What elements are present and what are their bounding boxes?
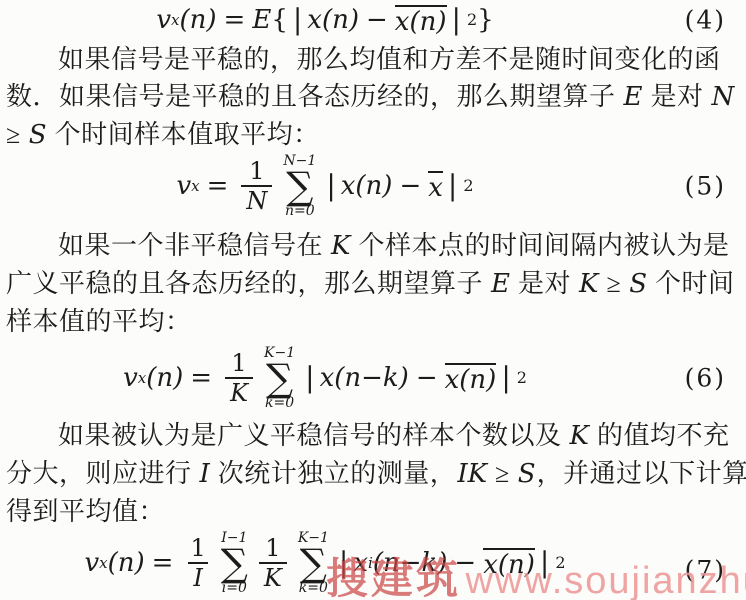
math-symbol-inline: E (490, 269, 511, 299)
summation: N−1∑n=0 (283, 154, 316, 218)
summation-inner: K−1∑k=0 (298, 531, 329, 595)
minus-sign: − (399, 171, 421, 201)
equation-number: (7) (685, 555, 726, 584)
math-symbol-inline: N (711, 82, 736, 112)
math-symbol-inline: K (330, 231, 351, 261)
text-fragment: ≥ (599, 269, 628, 298)
text-fragment: 个样本点的时间间隔内被认为是 (351, 231, 729, 260)
close-brace: } (477, 5, 494, 35)
numerator: 1 (261, 535, 284, 561)
fraction-1-over-K: 1K (259, 535, 287, 591)
text-fragment: 次统计独立的测量， (211, 459, 457, 488)
equation-number: (4) (685, 6, 726, 35)
text-fragment: 如果信号是平稳的，那么均值和方差不是随时间变化的函 (58, 45, 721, 74)
text-line: 如果一个非平稳信号在 K 个样本点的时间间隔内被认为是 (6, 227, 744, 265)
abs-bar-left: | (293, 3, 302, 36)
abs-bar-right: | (540, 546, 549, 579)
equation-5-body: vx=1NN−1∑n=0|x(n)−x|2 (176, 154, 473, 218)
text-fragment: 个时间 (648, 269, 735, 298)
sum-lower-limit: k=0 (299, 581, 328, 595)
denominator: K (225, 377, 253, 406)
text-fragment: 如果一个非平稳信号在 (58, 231, 330, 260)
text-fragment: 数．如果信号是平稳的且各态历经的，那么期望算子 (6, 82, 623, 111)
text-line: 分大，则应进行 I 次统计独立的测量，IK ≥ S，并通过以下计算 (6, 455, 744, 493)
text-line: 如果被认为是广义平稳信号的样本个数以及 K 的值均不充 (6, 417, 744, 455)
open-brace: { (271, 5, 288, 35)
sum-lower-limit: i=0 (222, 581, 247, 595)
summation: K−1∑k=0 (264, 346, 295, 410)
math-symbol-inline: I (199, 459, 211, 489)
minus-sign: − (366, 5, 388, 35)
text-line: 样本值的平均： (6, 303, 744, 340)
mean-term-overline: x (428, 171, 443, 201)
argument-n: (n) (108, 548, 145, 578)
math-symbol-inline: E (623, 82, 644, 112)
numerator: 1 (186, 535, 209, 561)
equals-sign: = (152, 548, 174, 578)
sum-lower-limit: k=0 (265, 396, 294, 410)
numerator: 1 (227, 350, 250, 376)
text-fragment: 是对 (511, 269, 578, 298)
sigma-symbol: ∑ (266, 360, 293, 396)
variable-v: v (156, 5, 171, 35)
numerator: 1 (245, 158, 268, 184)
text-fragment: ≥ (488, 459, 517, 488)
text-line: 如果信号是平稳的，那么均值和方差不是随时间变化的函 (6, 41, 744, 78)
text-line: 广义平稳的且各态历经的，那么期望算子 E 是对 K ≥ S 个时间 (6, 265, 744, 303)
denominator: K (259, 562, 287, 591)
text-fragment: 个时间样本值取平均： (48, 120, 320, 149)
abs-bar-left: | (305, 361, 314, 394)
equals-sign: = (207, 171, 229, 201)
paragraph-2: 如果一个非平稳信号在 K 个样本点的时间间隔内被认为是广义平稳的且各态历经的，那… (6, 227, 744, 340)
equation-number: (6) (685, 364, 726, 393)
text-fragment: 如果被认为是广义平稳信号的样本个数以及 (58, 421, 569, 450)
abs-bar-right: | (501, 361, 510, 394)
abs-bar-right: | (452, 3, 461, 36)
math-symbol-inline: IK (456, 459, 488, 489)
fraction-1-over-I: 1I (186, 535, 209, 591)
equation-5: vx=1NN−1∑n=0|x(n)−x|2 (5) (0, 147, 746, 225)
denominator: I (188, 562, 207, 591)
sum-lower-limit: n=0 (285, 204, 315, 218)
math-symbol-inline: S (28, 120, 48, 150)
variable-v: v (176, 171, 191, 201)
mean-term-overline: x(n) (483, 548, 535, 578)
sigma-symbol: ∑ (221, 545, 248, 581)
text-fragment: 样本值的平均： (6, 307, 192, 336)
mean-term-overline: x(n) (445, 363, 497, 393)
text-fragment: ≥ (6, 120, 28, 149)
equation-7-body: vx(n)=1II−1∑i=01KK−1∑k=0|xi(n−k)−x(n)|2 (84, 531, 565, 595)
argument-n: (n) (179, 5, 216, 35)
minus-sign: − (416, 363, 438, 393)
math-symbol-inline: S (517, 459, 537, 489)
fraction-1-over-K: 1K (225, 350, 253, 406)
paragraph-1: 如果信号是平稳的，那么均值和方差不是随时间变化的函数．如果信号是平稳的且各态历经… (6, 41, 744, 154)
term-xn: x(n) (307, 5, 359, 35)
paragraph-3: 如果被认为是广义平稳信号的样本个数以及 K 的值均不充分大，则应进行 I 次统计… (6, 417, 744, 530)
term-x: x (353, 548, 368, 578)
text-fragment: ，并通过以下计算 (537, 459, 746, 488)
mean-term-overline: x(n) (395, 5, 447, 35)
math-symbol-inline: S (628, 269, 648, 299)
equation-6-body: vx(n)=1KK−1∑k=0|x(n−k)−x(n)|2 (123, 346, 527, 410)
text-fragment: 广义平稳的且各态历经的，那么期望算子 (6, 269, 490, 298)
text-fragment: 分大，则应进行 (6, 459, 199, 488)
summation-outer: I−1∑i=0 (221, 531, 248, 595)
expectation-operator: E (252, 5, 271, 35)
abs-bar-left: | (339, 546, 348, 579)
text-line: 数．如果信号是平稳的且各态历经的，那么期望算子 E 是对 N (6, 78, 744, 116)
variable-v: v (84, 548, 99, 578)
sigma-symbol: ∑ (286, 168, 313, 204)
math-symbol-inline: K (569, 421, 590, 451)
term-xn: x(n) (341, 171, 393, 201)
equation-7: vx(n)=1II−1∑i=01KK−1∑k=0|xi(n−k)−x(n)|2 … (0, 521, 746, 600)
abs-bar-right: | (448, 169, 457, 202)
equation-6: vx(n)=1KK−1∑k=0|x(n−k)−x(n)|2 (6) (0, 339, 746, 417)
sigma-symbol: ∑ (300, 545, 327, 581)
minus-sign: − (454, 548, 476, 578)
equation-number: (5) (685, 172, 726, 201)
equation-4: vx(n)=E{|x(n)−x(n)|2} (4) (0, 0, 746, 44)
document-page: vx(n)=E{|x(n)−x(n)|2} (4) 如果信号是平稳的，那么均值和… (0, 0, 746, 600)
equals-sign: = (224, 5, 246, 35)
text-fragment: 的值均不充 (590, 421, 730, 450)
abs-bar-left: | (326, 169, 335, 202)
fraction-1-over-N: 1N (241, 158, 272, 214)
denominator: N (241, 185, 272, 214)
variable-v: v (123, 363, 138, 393)
term-xnk: x(n−k) (320, 363, 409, 393)
equation-4-body: vx(n)=E{|x(n)−x(n)|2} (156, 4, 493, 37)
equals-sign: = (190, 363, 212, 393)
argument-n: (n) (146, 363, 183, 393)
math-symbol-inline: K (578, 269, 599, 299)
text-fragment: 是对 (644, 82, 711, 111)
argument-nk: (n−k) (373, 548, 448, 578)
